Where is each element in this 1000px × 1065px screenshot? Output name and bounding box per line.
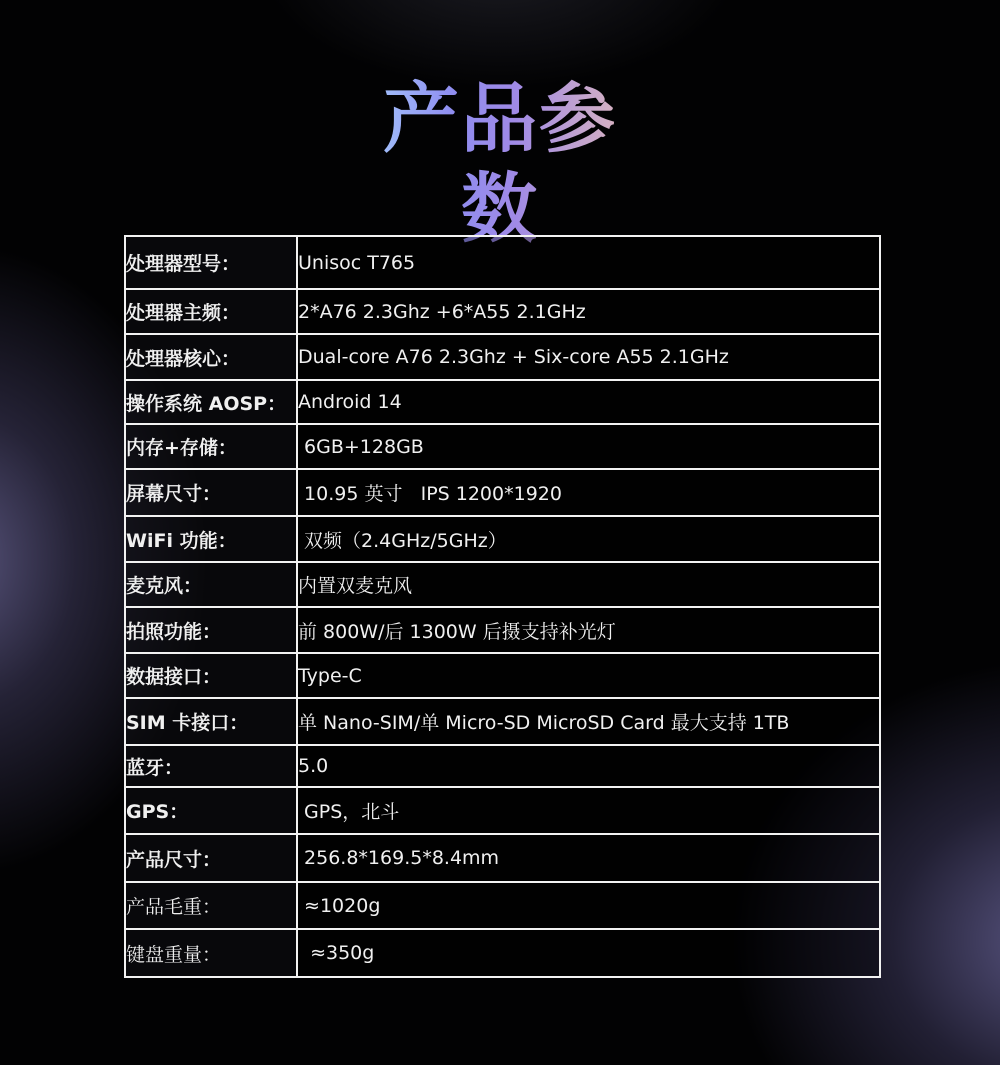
table-row: 产品毛重： ≈1020g <box>125 882 880 929</box>
table-row: 麦克风：内置双麦克风 <box>125 562 880 607</box>
spec-value: 10.95 英寸 IPS 1200*1920 <box>297 469 880 516</box>
spec-label: 拍照功能： <box>125 607 297 653</box>
spec-value: Unisoc T765 <box>297 236 880 289</box>
spec-label: 处理器核心： <box>125 334 297 380</box>
spec-value: Type-C <box>297 653 880 698</box>
table-row: SIM 卡接口：单 Nano-SIM/单 Micro-SD MicroSD Ca… <box>125 698 880 745</box>
table-row: 处理器型号：Unisoc T765 <box>125 236 880 289</box>
spec-value: 5.0 <box>297 745 880 787</box>
spec-label: WiFi 功能： <box>125 516 297 562</box>
table-row: 键盘重量： ≈350g <box>125 929 880 977</box>
table-row: 处理器核心：Dual-core A76 2.3Ghz + Six-core A5… <box>125 334 880 380</box>
table-row: 蓝牙：5.0 <box>125 745 880 787</box>
spec-value: 256.8*169.5*8.4mm <box>297 834 880 882</box>
spec-value: GPS，北斗 <box>297 787 880 834</box>
spec-value: 双频（2.4GHz/5GHz） <box>297 516 880 562</box>
spec-value: ≈1020g <box>297 882 880 929</box>
table-row: GPS： GPS，北斗 <box>125 787 880 834</box>
spec-label: 处理器主频： <box>125 289 297 334</box>
spec-label: 键盘重量： <box>125 929 297 977</box>
spec-value: 6GB+128GB <box>297 424 880 469</box>
table-row: WiFi 功能： 双频（2.4GHz/5GHz） <box>125 516 880 562</box>
spec-value: 单 Nano-SIM/单 Micro-SD MicroSD Card 最大支持 … <box>297 698 880 745</box>
spec-label: 产品尺寸： <box>125 834 297 882</box>
table-row: 拍照功能：前 800W/后 1300W 后摄支持补光灯 <box>125 607 880 653</box>
spec-label: 屏幕尺寸： <box>125 469 297 516</box>
spec-value: 内置双麦克风 <box>297 562 880 607</box>
spec-label: 蓝牙： <box>125 745 297 787</box>
table-row: 数据接口：Type-C <box>125 653 880 698</box>
page-title: 产品参数 <box>345 74 655 254</box>
spec-value: Dual-core A76 2.3Ghz + Six-core A55 2.1G… <box>297 334 880 380</box>
table-row: 操作系统 AOSP：Android 14 <box>125 380 880 424</box>
spec-label: 操作系统 AOSP： <box>125 380 297 424</box>
table-row: 产品尺寸： 256.8*169.5*8.4mm <box>125 834 880 882</box>
spec-label: 产品毛重： <box>125 882 297 929</box>
spec-label: 数据接口： <box>125 653 297 698</box>
spec-table: 处理器型号：Unisoc T765 处理器主频：2*A76 2.3Ghz +6*… <box>124 235 881 978</box>
spec-label: GPS： <box>125 787 297 834</box>
spec-label: 处理器型号： <box>125 236 297 289</box>
spec-label: 麦克风： <box>125 562 297 607</box>
table-row: 内存+存储： 6GB+128GB <box>125 424 880 469</box>
table-row: 屏幕尺寸： 10.95 英寸 IPS 1200*1920 <box>125 469 880 516</box>
spec-value: 前 800W/后 1300W 后摄支持补光灯 <box>297 607 880 653</box>
spec-value: 2*A76 2.3Ghz +6*A55 2.1GHz <box>297 289 880 334</box>
spec-label: 内存+存储： <box>125 424 297 469</box>
spec-value: ≈350g <box>297 929 880 977</box>
table-row: 处理器主频：2*A76 2.3Ghz +6*A55 2.1GHz <box>125 289 880 334</box>
spec-value: Android 14 <box>297 380 880 424</box>
spec-label: SIM 卡接口： <box>125 698 297 745</box>
